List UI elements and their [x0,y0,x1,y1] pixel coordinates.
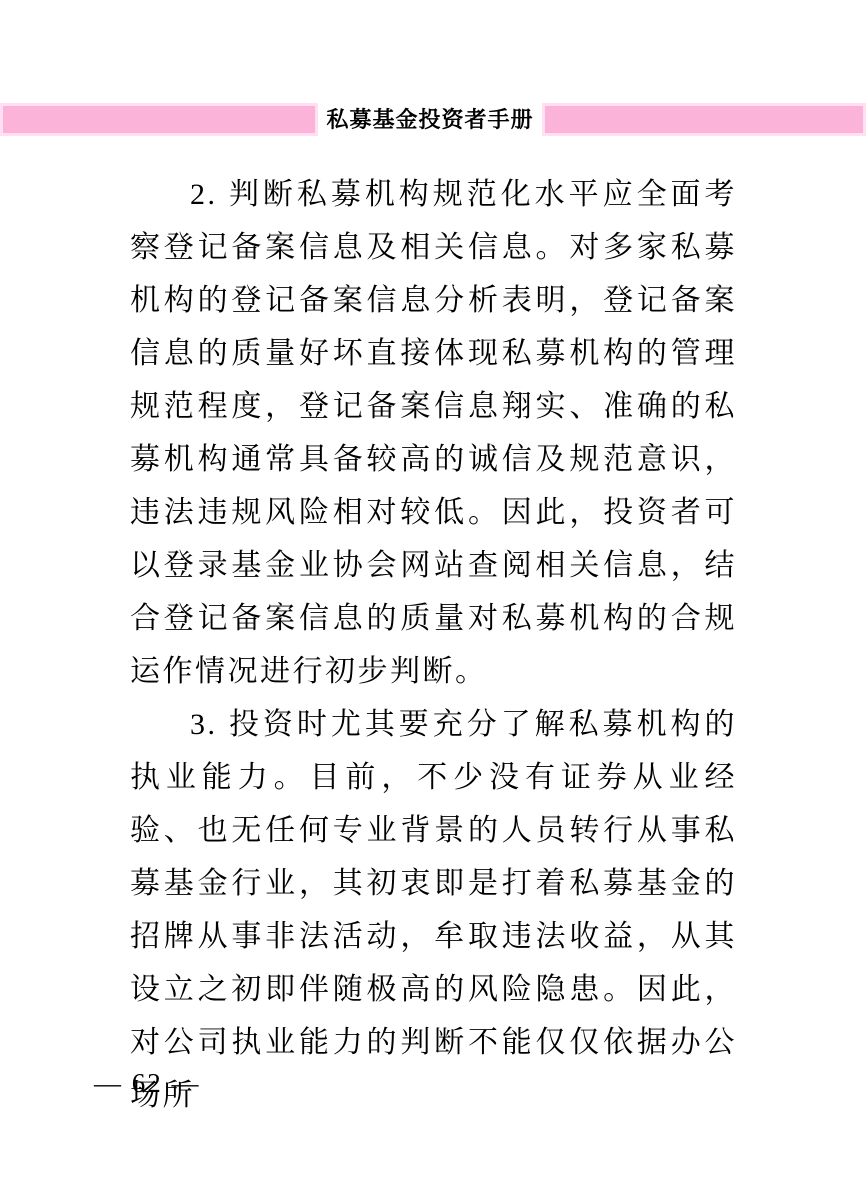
header-rule-left [0,103,318,136]
book-page: 私募基金投资者手册 2. 判断私募机构规范化水平应全面考察登记备案信息及相关信息… [0,0,866,1189]
running-title: 私募基金投资者手册 [318,103,542,136]
header-rule-right [542,103,866,136]
paragraph-item-2: 2. 判断私募机构规范化水平应全面考察登记备案信息及相关信息。对多家私募机构的登… [130,168,737,698]
page-number: — 62 — [94,1068,201,1098]
page-footer: — 62 — [94,1063,201,1103]
page-header: 私募基金投资者手册 [0,103,866,136]
paragraph-item-3: 3. 投资时尤其要充分了解私募机构的执业能力。目前，不少没有证券从业经验、也无任… [130,698,737,1122]
page-body: 2. 判断私募机构规范化水平应全面考察登记备案信息及相关信息。对多家私募机构的登… [130,168,737,1122]
